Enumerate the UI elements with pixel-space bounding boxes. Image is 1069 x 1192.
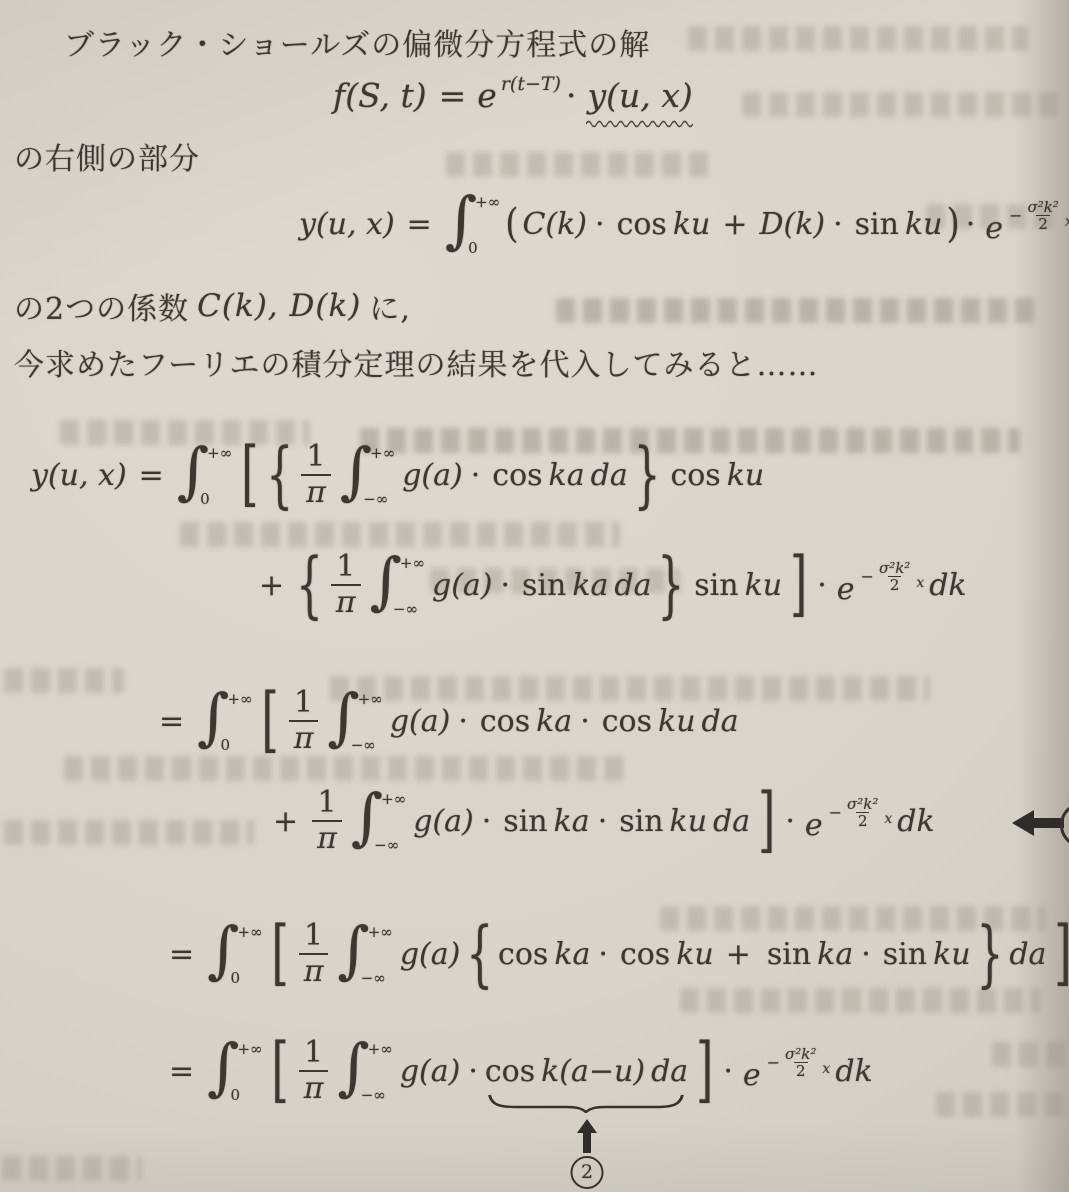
formula-step4: = ∫ +∞0 [ 1 π ∫ +∞−∞ g(a) · cos k(a−u) d… xyxy=(160,1032,876,1110)
integral-sign: ∫ +∞0 xyxy=(197,690,252,752)
plus-sign: + xyxy=(273,804,298,839)
fraction-one-over-pi: 1 π xyxy=(301,440,331,511)
upper-limit: +∞ xyxy=(358,690,383,708)
up-arrow-icon xyxy=(575,1119,599,1153)
math-token: ku xyxy=(745,568,783,603)
left-brace: { xyxy=(466,918,493,990)
formula-step2-line1: = ∫ +∞0 [ 1 π ∫ +∞−∞ g(a) · cos ka · cos… xyxy=(150,678,742,764)
cdot: · xyxy=(598,937,608,972)
minus-sign: − xyxy=(767,1053,780,1072)
math-token: ka xyxy=(554,937,590,972)
lower-limit: −∞ xyxy=(361,969,386,987)
wavy-underlined-term: y(u, x) xyxy=(584,76,695,115)
bleed-through xyxy=(4,820,254,845)
lower-limit: −∞ xyxy=(361,1086,386,1104)
math-token: dk xyxy=(929,568,966,603)
math-token: ku xyxy=(933,937,971,972)
integral-sign: ∫ +∞0 xyxy=(445,193,500,255)
left-bracket: [ xyxy=(272,918,289,989)
bleed-through xyxy=(4,668,124,693)
book-page-photo: ブラック・ショールズの偏微分方程式の解 f(S, t) = e r(t−T) ·… xyxy=(0,0,1069,1192)
exp-denominator: 2 xyxy=(856,812,870,830)
lower-limit: 0 xyxy=(200,490,225,508)
cdot: · xyxy=(598,804,608,839)
bleed-through xyxy=(446,152,716,177)
exp-numerator: σ²k² xyxy=(783,1046,818,1063)
cdot: · xyxy=(580,704,590,739)
math-token: da xyxy=(591,458,628,493)
exp-numerator: σ²k² xyxy=(877,560,912,577)
cdot: · xyxy=(723,1054,733,1089)
math-token: e xyxy=(985,211,1003,246)
denominator: π xyxy=(312,820,342,857)
upper-limit: +∞ xyxy=(370,444,395,462)
lower-limit: −∞ xyxy=(374,836,399,854)
exp-tail: x xyxy=(916,575,924,591)
exp-factor: e −σ²k²2x xyxy=(740,1054,830,1089)
math-token: da xyxy=(1009,937,1046,972)
heading-line: ブラック・ショールズの偏微分方程式の解 xyxy=(64,20,650,64)
cdot: · xyxy=(482,804,492,839)
text-segment: の2つの係数 xyxy=(14,284,189,328)
integral-sign: ∫ +∞−∞ xyxy=(337,923,392,985)
bleed-through xyxy=(742,92,1062,117)
fraction-one-over-pi: 1 π xyxy=(299,1036,329,1107)
exp-numerator: σ²k² xyxy=(845,796,880,813)
math-token: g(a) xyxy=(390,704,451,739)
upper-limit: +∞ xyxy=(368,1040,393,1058)
left-bracket: [ xyxy=(262,685,279,756)
math-token: y(u, x) xyxy=(587,76,692,115)
wavy-underline xyxy=(586,118,693,128)
math-token: ku xyxy=(658,704,696,739)
denominator: π xyxy=(331,584,361,621)
upper-limit: +∞ xyxy=(207,444,232,462)
math-token: dk xyxy=(897,804,934,839)
upper-limit: +∞ xyxy=(368,923,393,941)
cos-function: cos xyxy=(480,704,530,739)
math-token: g(a) xyxy=(400,1054,461,1089)
math-token: f(S, t) xyxy=(333,76,427,115)
minus-sign: − xyxy=(861,567,874,586)
upper-limit: +∞ xyxy=(381,790,406,808)
numerator: 1 xyxy=(312,786,341,821)
cdot: · xyxy=(817,568,827,603)
left-brace: { xyxy=(296,549,323,621)
right-bracket: ] xyxy=(696,1035,713,1106)
upper-limit: +∞ xyxy=(237,1040,262,1058)
right-bracket: ] xyxy=(1054,918,1069,989)
math-token: ka xyxy=(549,458,585,493)
exp-denominator: 2 xyxy=(794,1062,808,1080)
cos-function: cos xyxy=(670,458,720,493)
equals-sign: = xyxy=(407,207,432,242)
integral-sign: ∫ +∞0 xyxy=(207,923,262,985)
math-token: y(u, x) xyxy=(31,458,127,493)
denominator: π xyxy=(299,1070,329,1107)
bleed-through xyxy=(936,1092,1066,1117)
bleed-through xyxy=(992,1042,1069,1067)
upper-limit: +∞ xyxy=(227,690,252,708)
math-token: C(k), D(k) xyxy=(197,288,361,324)
math-token: ku xyxy=(676,937,714,972)
math-token: e xyxy=(743,1058,761,1093)
underbrace xyxy=(487,1093,685,1113)
sin-function: sin xyxy=(619,804,663,839)
math-token: e xyxy=(805,808,823,843)
bleed-through xyxy=(688,26,1028,51)
integral-sign: ∫ +∞0 xyxy=(207,1040,262,1102)
integral-sign: ∫ +∞0 xyxy=(177,444,232,506)
math-token: ka xyxy=(536,704,572,739)
plus-sign: + xyxy=(726,937,751,972)
left-brace: { xyxy=(266,439,293,511)
plus-sign: + xyxy=(259,568,284,603)
numerator: 1 xyxy=(331,550,360,585)
exp-denominator: 2 xyxy=(888,576,902,594)
denominator: π xyxy=(299,953,329,990)
integral-sign: ∫ +∞−∞ xyxy=(340,444,395,506)
lower-limit: 0 xyxy=(230,969,255,987)
cos-function: cos xyxy=(602,704,652,739)
equals-sign: = xyxy=(159,704,184,739)
equals-sign: = xyxy=(139,458,164,493)
cos-function: cos xyxy=(492,458,542,493)
upper-limit: +∞ xyxy=(475,193,500,211)
right-paren: ) xyxy=(946,204,959,244)
math-token: da xyxy=(614,568,651,603)
integral-sign: ∫ +∞−∞ xyxy=(370,554,425,616)
right-brace: } xyxy=(634,439,661,511)
coefficients-line: の2つの係数 C(k), D(k) に, xyxy=(14,284,411,328)
bleed-through xyxy=(556,298,1036,323)
equals-sign: = xyxy=(169,937,194,972)
lower-limit: −∞ xyxy=(393,600,418,618)
upper-limit: +∞ xyxy=(400,554,425,572)
cos-function: cos xyxy=(498,937,548,972)
fraction-one-over-pi: 1 π xyxy=(331,550,361,621)
sin-function: sin xyxy=(694,568,738,603)
numerator: 1 xyxy=(299,919,328,954)
minus-sign: − xyxy=(1009,206,1022,225)
exponent: r(t−T) xyxy=(501,73,561,95)
right-bracket: ] xyxy=(758,785,775,856)
math-token: D(k) xyxy=(759,207,825,242)
text-segment: に, xyxy=(369,284,411,328)
minus-sign: − xyxy=(829,803,842,822)
formula-expansion-line1: y(u, x) = ∫ +∞0 [ { 1 π ∫ +∞−∞ g(a) · co… xyxy=(28,434,767,516)
cdot: · xyxy=(785,804,795,839)
numerator: 1 xyxy=(299,1036,328,1071)
cdot: · xyxy=(861,937,871,972)
cdot: · xyxy=(833,207,843,242)
fraction-one-over-pi: 1 π xyxy=(312,786,342,857)
exp-factor: e −σ²k²2x xyxy=(802,804,892,839)
left-arrow-icon xyxy=(1012,808,1064,838)
sin-function: sin xyxy=(767,937,811,972)
cdot: · xyxy=(595,207,605,242)
exp-tail: x xyxy=(884,811,892,827)
lower-limit: 0 xyxy=(468,239,493,257)
math-token: y(u, x) xyxy=(299,207,395,242)
math-token: e xyxy=(837,572,855,607)
integral-sign: ∫ +∞−∞ xyxy=(351,790,406,852)
right-brace: } xyxy=(977,918,1004,990)
math-token: ku xyxy=(673,207,711,242)
math-token: ka xyxy=(817,937,853,972)
math-token: da xyxy=(713,804,750,839)
fraction-one-over-pi: 1 π xyxy=(289,686,319,757)
equals-sign: = xyxy=(169,1054,194,1089)
math-token: ku xyxy=(670,804,708,839)
math-token: e xyxy=(477,76,497,115)
formula-step3: = ∫ +∞0 [ 1 π ∫ +∞−∞ g(a) { cos ka · cos… xyxy=(160,910,1069,998)
math-token: da xyxy=(702,704,739,739)
cdot: · xyxy=(566,76,577,115)
math-token: k(a−u) xyxy=(541,1054,645,1089)
denominator: π xyxy=(289,720,319,757)
integral-sign: ∫ +∞−∞ xyxy=(337,1040,392,1102)
exp-factor: e −σ²k²2x xyxy=(982,207,1069,242)
cdot: · xyxy=(468,1054,478,1089)
exp-factor: e −σ²k²2x xyxy=(834,568,924,603)
sin-function: sin xyxy=(503,804,547,839)
formula-y-definition: y(u, x) = ∫ +∞0 ( C(k) · cos ku + D(k) ·… xyxy=(296,188,1069,260)
formula-step2-line2: + 1 π ∫ +∞−∞ g(a) · sin ka · sin ku da ]… xyxy=(264,778,938,864)
right-part-line: の右側の部分 xyxy=(14,134,200,178)
math-token: g(a) xyxy=(432,568,493,603)
bleed-through xyxy=(2,1156,142,1181)
cdot: · xyxy=(966,207,976,242)
math-token: g(a) xyxy=(400,937,461,972)
cdot: · xyxy=(500,568,510,603)
formula-expansion-line2: + { 1 π ∫ +∞−∞ g(a) · sin ka da } sin ku… xyxy=(250,544,970,626)
cdot: · xyxy=(471,458,481,493)
cos-function: cos xyxy=(617,207,667,242)
lower-limit: 0 xyxy=(230,1086,255,1104)
cos-function: cos xyxy=(485,1054,535,1089)
formula-bs-solution: f(S, t) = e r(t−T) · y(u, x) xyxy=(330,66,699,124)
math-token: C(k) xyxy=(522,207,587,242)
exp-tail: x xyxy=(1065,214,1069,230)
math-token: g(a) xyxy=(402,458,463,493)
right-bracket: ] xyxy=(790,549,807,620)
underbraced-term: cos k(a−u) da 2 xyxy=(483,1054,691,1089)
math-token: g(a) xyxy=(413,804,474,839)
exp-numerator: σ²k² xyxy=(1025,199,1060,216)
math-token: da xyxy=(651,1054,688,1089)
plus-sign: + xyxy=(722,207,747,242)
sin-function: sin xyxy=(855,207,899,242)
math-token: ka xyxy=(572,568,608,603)
lower-limit: −∞ xyxy=(363,490,388,508)
exp-tail: x xyxy=(822,1061,830,1077)
math-token: ku xyxy=(727,458,765,493)
substitution-line: 今求めたフーリエの積分定理の結果を代入してみると…… xyxy=(14,340,819,384)
upper-limit: +∞ xyxy=(237,923,262,941)
left-paren: ( xyxy=(505,204,518,244)
numerator: 1 xyxy=(289,686,318,721)
exp-denominator: 2 xyxy=(1036,215,1050,233)
denominator: π xyxy=(301,474,331,511)
math-token: ku xyxy=(905,207,943,242)
cdot: · xyxy=(458,704,468,739)
lower-limit: −∞ xyxy=(351,736,376,754)
left-bracket: [ xyxy=(272,1035,289,1106)
numerator: 1 xyxy=(301,440,330,475)
equals-sign: = xyxy=(439,76,467,115)
math-token: dk xyxy=(835,1054,872,1089)
math-token: ka xyxy=(554,804,590,839)
right-brace: } xyxy=(658,549,685,621)
circled-2-label: 2 xyxy=(571,1156,604,1189)
cos-function: cos xyxy=(620,937,670,972)
left-bracket: [ xyxy=(241,439,258,510)
sin-function: sin xyxy=(883,937,927,972)
sin-function: sin xyxy=(522,568,566,603)
fraction-one-over-pi: 1 π xyxy=(299,919,329,990)
lower-limit: 0 xyxy=(220,736,245,754)
integral-sign: ∫ +∞−∞ xyxy=(327,690,382,752)
